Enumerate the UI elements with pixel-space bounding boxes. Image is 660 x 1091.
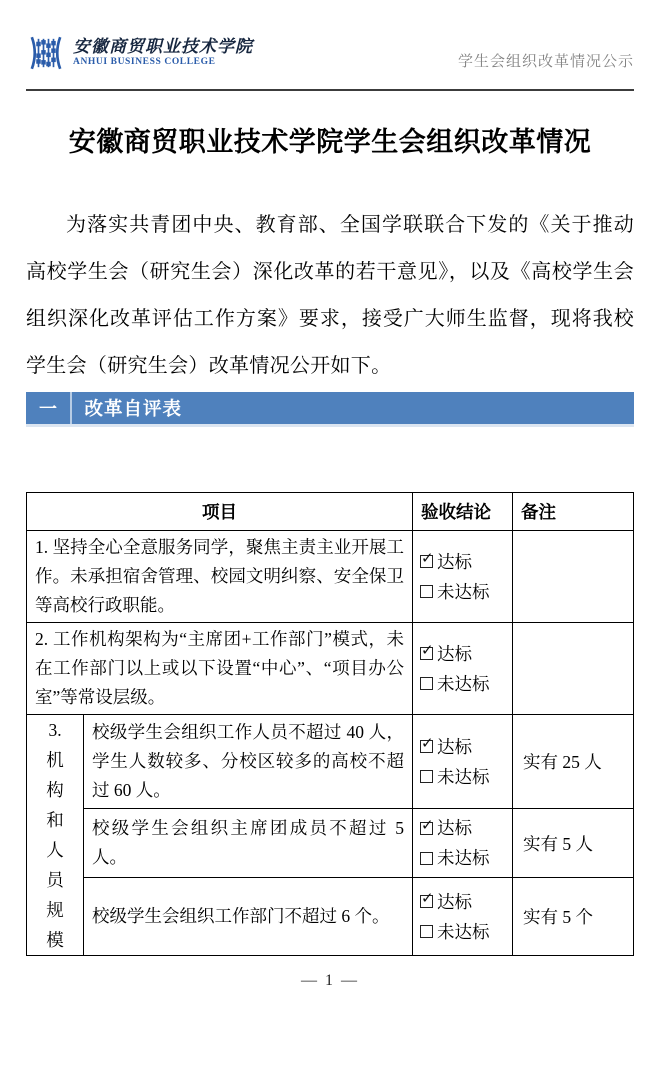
item-column-header: 项目 [27, 493, 413, 531]
section-divider [70, 392, 72, 424]
table-row: 校级学生会组织主席团成员不超过 5 人。 ✓达标 未达标 实有 5 人 [27, 809, 634, 878]
page-number: — 1 — [0, 972, 660, 990]
note-cell: 实有 5 人 [513, 809, 634, 878]
row-group-label: 3. 机 构 和 人 员 规 模 [27, 715, 84, 956]
checked-checkbox-icon: ✓ [420, 555, 433, 568]
pass-label: 达标 [437, 732, 472, 762]
fail-label: 未达标 [437, 577, 490, 607]
checked-checkbox-icon: ✓ [420, 740, 433, 753]
section-number: 一 [26, 392, 70, 424]
table-row: 3. 机 构 和 人 员 规 模 校级学生会组织工作人员不超过 40 人，学生人… [27, 715, 634, 809]
conclusion-cell: ✓达标 未达标 [413, 531, 513, 623]
abacus-logo-icon [26, 32, 66, 74]
fail-label: 未达标 [437, 917, 490, 947]
table-row: 1. 坚持全心全意服务同学，聚焦主责主业开展工作。未承担宿舍管理、校园文明纠察、… [27, 531, 634, 623]
conclusion-cell: ✓达标 未达标 [413, 878, 513, 956]
pass-label: 达标 [437, 639, 472, 669]
header-rule [26, 89, 634, 91]
pass-label: 达标 [437, 547, 472, 577]
document-page: 安徽商贸职业技术学院 ANHUI BUSINESS COLLEGE 学生会组织改… [0, 0, 660, 1091]
section-banner: 一 改革自评表 [26, 392, 634, 427]
pass-label: 达标 [437, 813, 472, 843]
unchecked-checkbox-icon [420, 585, 433, 598]
unchecked-checkbox-icon [420, 925, 433, 938]
item-cell: 校级学生会组织工作人员不超过 40 人，学生人数较多、分校区较多的高校不超过 6… [84, 715, 413, 809]
item-cell: 2. 工作机构架构为“主席团+工作部门”模式，未在工作部门以上或以下设置“中心”… [27, 623, 413, 715]
note-cell [513, 623, 634, 715]
conclusion-cell: ✓达标 未达标 [413, 623, 513, 715]
conclusion-cell: ✓达标 未达标 [413, 809, 513, 878]
note-column-header: 备注 [513, 493, 634, 531]
fail-label: 未达标 [437, 669, 490, 699]
header-caption: 学生会组织改革情况公示 [458, 50, 634, 74]
document-title: 安徽商贸职业技术学院学生会组织改革情况 [26, 123, 634, 161]
checked-checkbox-icon: ✓ [420, 822, 433, 835]
item-cell: 1. 坚持全心全意服务同学，聚焦主责主业开展工作。未承担宿舍管理、校园文明纠察、… [27, 531, 413, 623]
note-cell: 实有 5 个 [513, 878, 634, 956]
unchecked-checkbox-icon [420, 677, 433, 690]
intro-paragraph: 为落实共青团中央、教育部、全国学联联合下发的《关于推动高校学生会（研究生会）深化… [26, 202, 634, 390]
item-cell: 校级学生会组织主席团成员不超过 5 人。 [84, 809, 413, 878]
conclusion-cell: ✓达标 未达标 [413, 715, 513, 809]
item-cell: 校级学生会组织工作部门不超过 6 个。 [84, 878, 413, 956]
unchecked-checkbox-icon [420, 770, 433, 783]
note-cell [513, 531, 634, 623]
table-row: 2. 工作机构架构为“主席团+工作部门”模式，未在工作部门以上或以下设置“中心”… [27, 623, 634, 715]
table-row: 校级学生会组织工作部门不超过 6 个。 ✓达标 未达标 实有 5 个 [27, 878, 634, 956]
note-cell: 实有 25 人 [513, 715, 634, 809]
checked-checkbox-icon: ✓ [420, 647, 433, 660]
conclusion-column-header: 验收结论 [413, 493, 513, 531]
unchecked-checkbox-icon [420, 852, 433, 865]
table-header-row: 项目 验收结论 备注 [27, 493, 634, 531]
section-title: 改革自评表 [72, 392, 183, 424]
pass-label: 达标 [437, 887, 472, 917]
college-logo: 安徽商贸职业技术学院 ANHUI BUSINESS COLLEGE [26, 32, 253, 74]
fail-label: 未达标 [437, 762, 490, 792]
college-name-cn: 安徽商贸职业技术学院 [73, 38, 253, 56]
college-name-en: ANHUI BUSINESS COLLEGE [73, 58, 253, 68]
self-evaluation-table: 项目 验收结论 备注 1. 坚持全心全意服务同学，聚焦主责主业开展工作。未承担宿… [26, 492, 634, 956]
page-header: 安徽商贸职业技术学院 ANHUI BUSINESS COLLEGE 学生会组织改… [26, 28, 634, 74]
checked-checkbox-icon: ✓ [420, 895, 433, 908]
fail-label: 未达标 [437, 843, 490, 873]
